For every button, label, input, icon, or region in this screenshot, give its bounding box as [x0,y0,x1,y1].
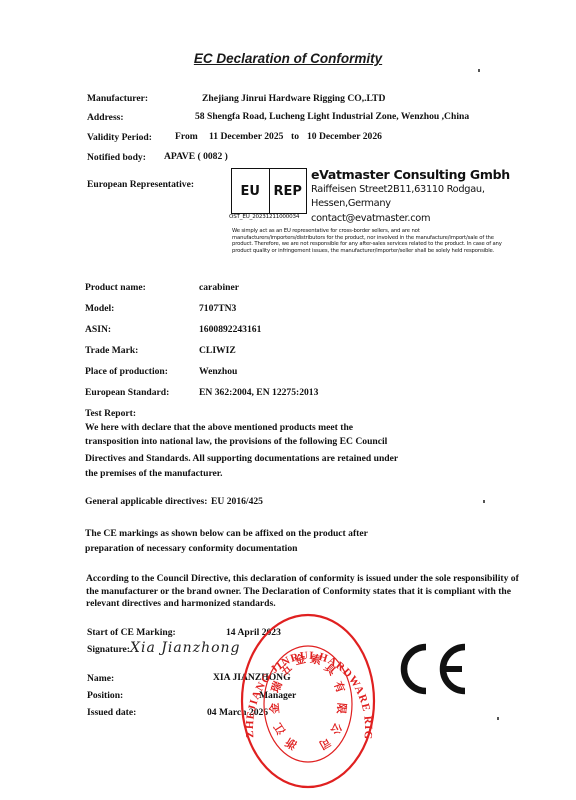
rep-badge-text: REP [269,169,307,213]
scan-speck [497,717,499,720]
directives-value: EU 2016/425 [211,496,263,507]
product-field-label: Place of production: [85,366,168,377]
signature-label: Signature: [87,644,130,655]
council-line: According to the Council Directive, this… [86,573,519,586]
validity-to-label: to [291,131,299,142]
ce-marking-paragraph: The CE markings as shown below can be af… [85,526,368,556]
stamp-outer-text: ZHEJIANG JINRUI HARDWARE RIGGING CO.,LTD [238,612,374,741]
council-line: the manufacturer or the brand owner. The… [86,586,519,599]
eu-rep-code: OST_EU_20231211000034 [229,214,299,220]
product-field-label: Trade Mark: [85,345,138,356]
product-field-label: Model: [85,303,114,314]
product-field-label: European Standard: [85,387,169,398]
svg-text:浙: 浙 [283,735,300,753]
declaration-line: the premises of the manufacturer. [85,467,398,481]
ce-mark-icon [394,641,468,697]
eu-rep-badge: EU REP [231,168,307,214]
declaration-line: We here with declare that the above ment… [85,421,398,435]
council-paragraph: According to the Council Directive, this… [86,573,519,611]
svg-text:限: 限 [334,702,349,714]
validity-to-date: 10 December 2026 [307,131,382,142]
ce-marking-line: The CE markings as shown below can be af… [85,526,368,541]
product-field-label: ASIN: [85,324,111,335]
declaration-paragraph: We here with declare that the above ment… [85,421,398,481]
position-label: Position: [87,690,123,701]
validity-from-date: 11 December 2025 [209,131,283,142]
name-label: Name: [87,673,114,684]
eu-badge-text: EU [232,169,269,213]
handwritten-signature: Xia Jianzhong [130,640,241,656]
declaration-line: transposition into national law, the pro… [85,435,398,449]
product-field-value: Wenzhou [199,366,237,377]
start-ce-label: Start of CE Marking: [87,627,176,638]
eu-rep-disclaimer: We simply act as an EU representative fo… [232,228,502,254]
notified-body-value: APAVE ( 0082 ) [164,151,228,162]
product-field-label: Test Report: [85,408,136,419]
product-field-value: 1600892243161 [199,324,261,335]
product-field-value: 7107TN3 [199,303,236,314]
product-field-value: EN 362:2004, EN 12275:2013 [199,387,318,398]
product-field-label: Product name: [85,282,146,293]
svg-text:公: 公 [327,720,344,737]
svg-text:有: 有 [331,679,348,694]
svg-text:ZHEJIANG JINRUI HARDWARE RIGGI: ZHEJIANG JINRUI HARDWARE RIGGING CO.,LTD [238,612,374,741]
issued-label: Issued date: [87,707,136,718]
council-line: relevant directives and harmonized stand… [86,598,519,611]
validity-from-label: From [175,131,198,142]
manufacturer-value: Zhejiang Jinrui Hardware Rigging CO,.LTD [202,93,385,104]
eu-rep-address-line2: Hessen,Germany [311,198,391,209]
product-field-value: carabiner [199,282,239,293]
address-value: 58 Shengfa Road, Lucheng Light Industria… [195,111,469,122]
eu-rep-label: European Representative: [87,179,194,190]
eu-rep-company: eVatmaster Consulting Gmbh [311,167,510,182]
manufacturer-label: Manufacturer: [87,93,148,104]
address-label: Address: [87,112,124,123]
document-title: EC Declaration of Conformity [0,51,576,66]
ce-marking-line: preparation of necessary conformity docu… [85,541,368,556]
validity-label: Validity Period: [87,132,152,143]
eu-rep-address-line1: Raiffeisen Street2B11,63110 Rodgau, [311,184,485,195]
eu-rep-email: contact@evatmaster.com [311,213,430,224]
declaration-line: Directives and Standards. All supporting… [85,452,398,466]
notified-body-label: Notified body: [87,152,146,163]
directives-label: General applicable directives: [85,496,207,507]
scan-speck [483,500,485,503]
svg-text:司: 司 [317,735,334,753]
product-field-value: CLIWIZ [199,345,236,356]
svg-text:江: 江 [270,720,289,739]
company-stamp-icon: ZHEJIANG JINRUI HARDWARE RIGGING CO.,LTD… [238,612,378,790]
svg-text:索: 索 [309,651,323,667]
svg-text:金: 金 [267,702,282,714]
scan-speck [478,69,480,72]
